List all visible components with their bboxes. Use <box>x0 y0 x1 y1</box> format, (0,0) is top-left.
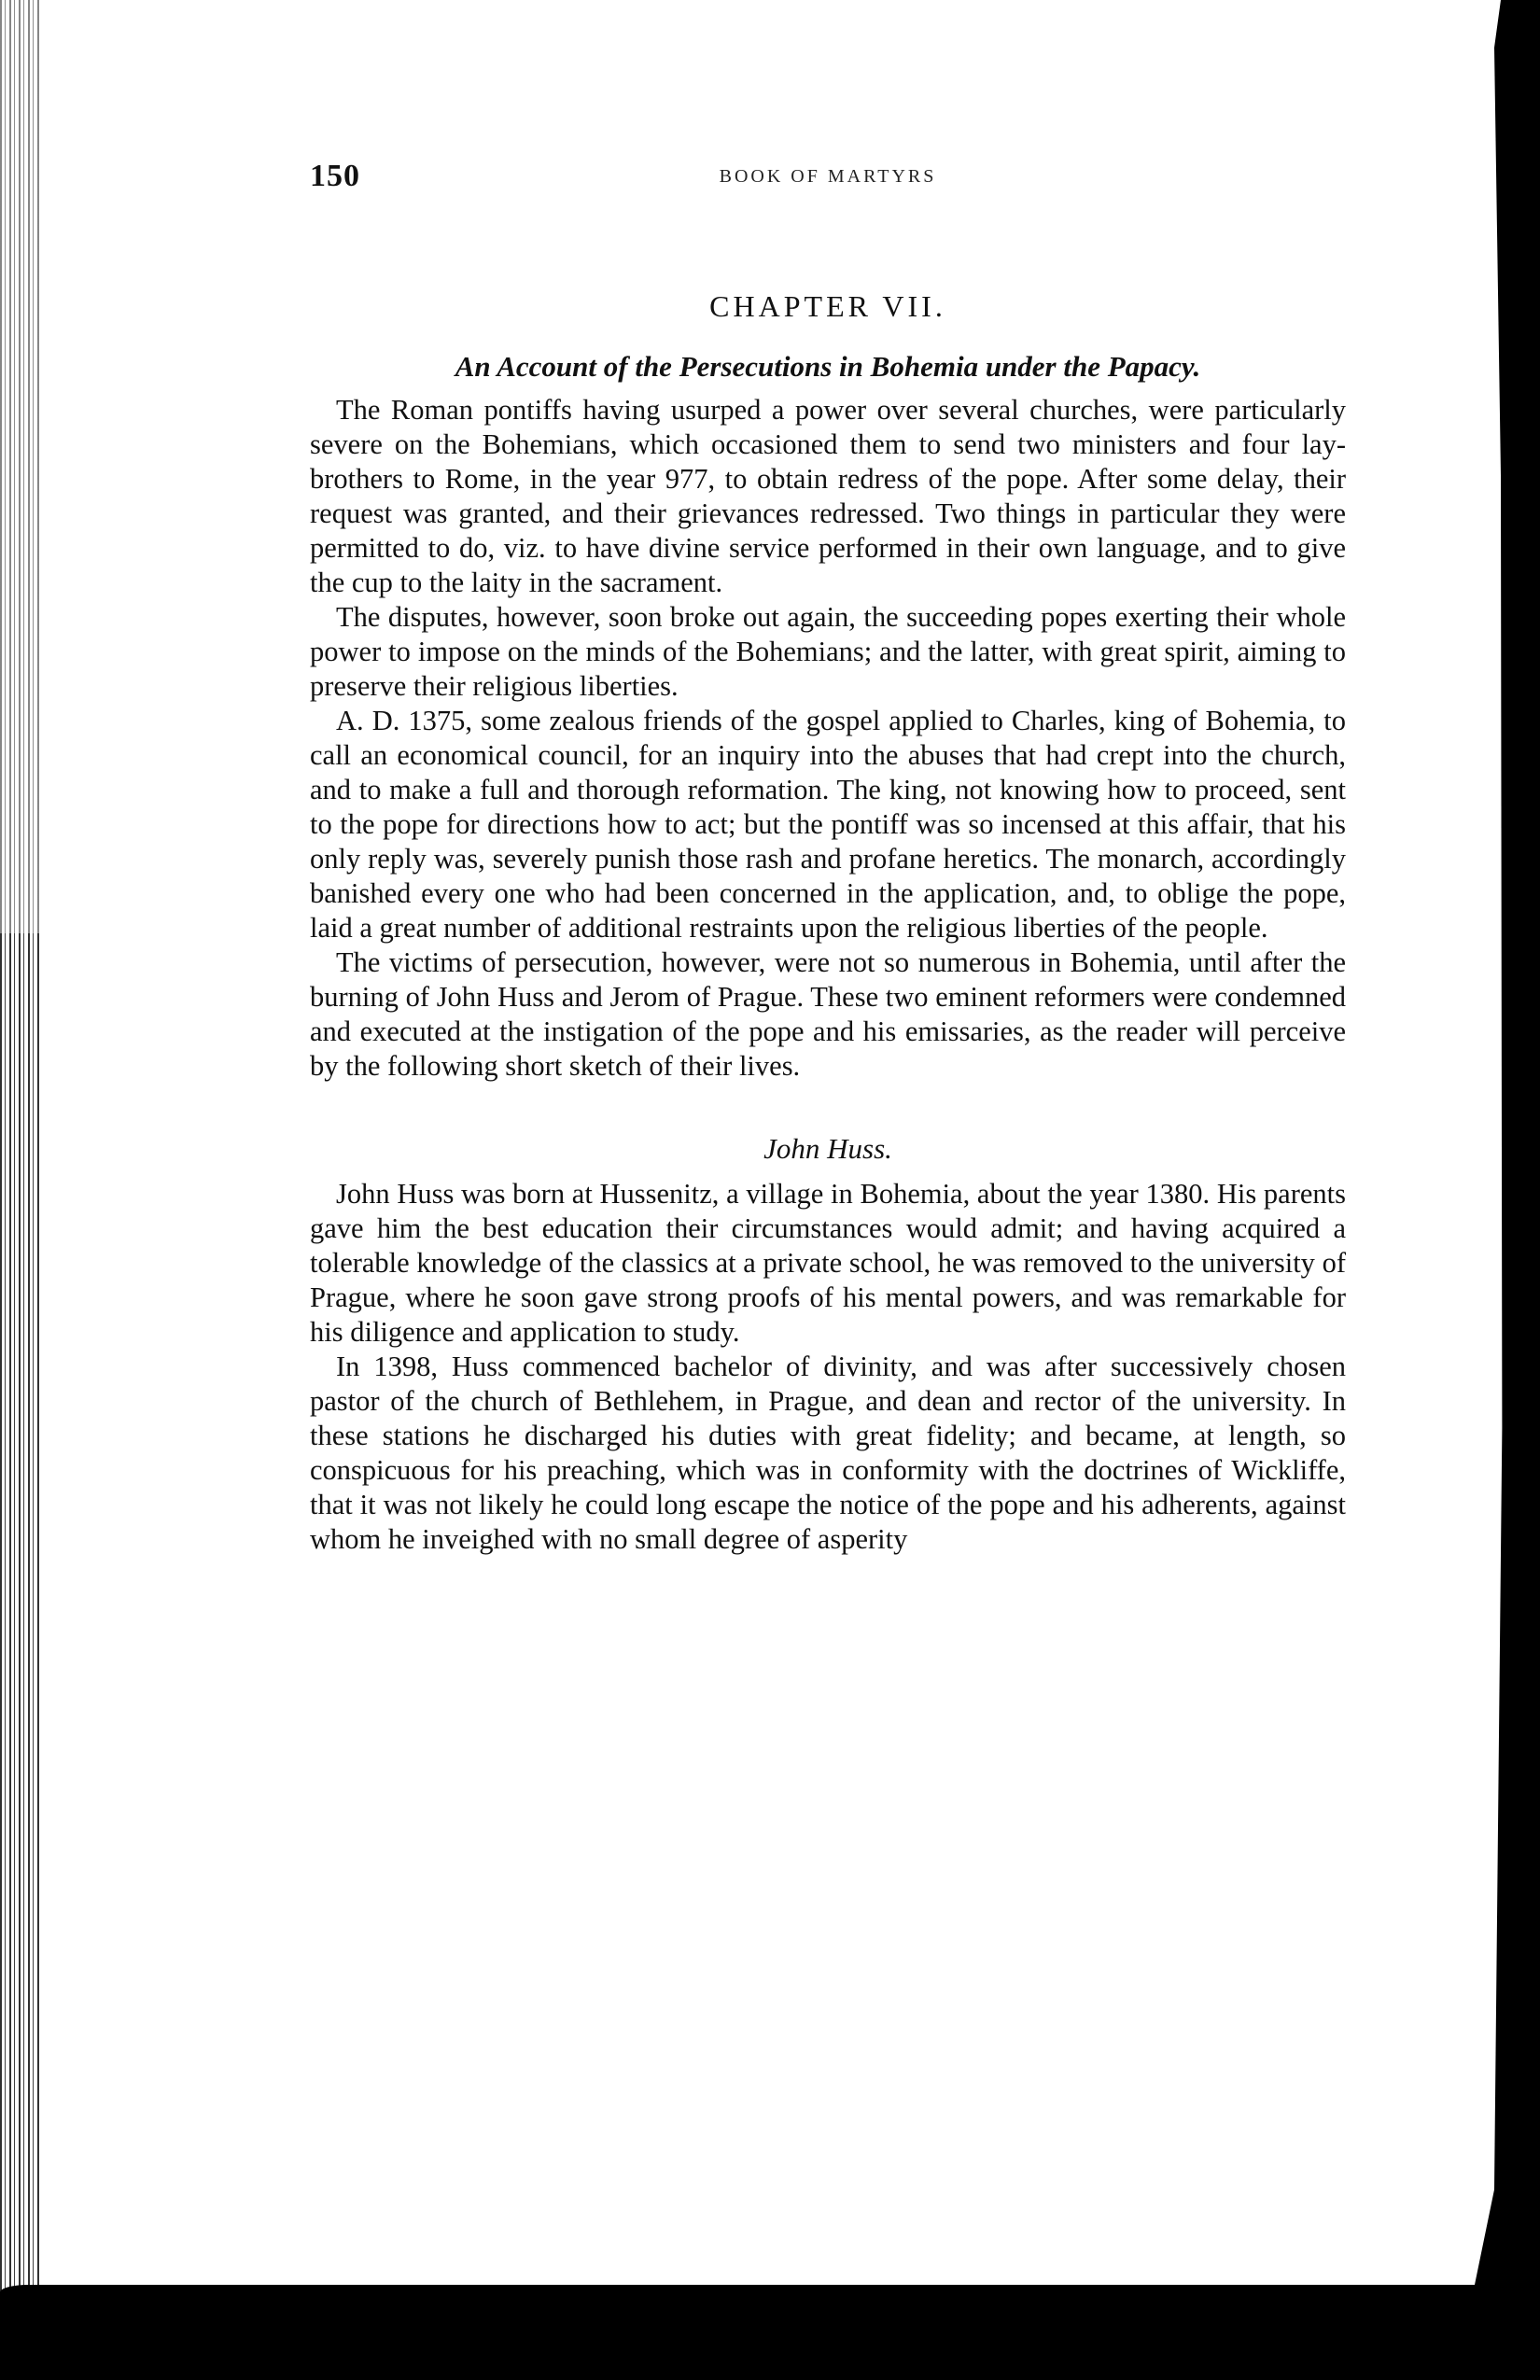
scan-right-border <box>1475 0 1540 2380</box>
paragraph: In 1398, Huss commenced bachelor of divi… <box>310 1350 1346 1557</box>
paragraph: A. D. 1375, some zealous friends of the … <box>310 704 1346 945</box>
book-page: 150 BOOK OF MARTYRS CHAPTER VII. An Acco… <box>310 149 1346 1557</box>
chapter-title: CHAPTER VII. <box>310 289 1346 324</box>
paragraph: The disputes, however, soon broke out ag… <box>310 600 1346 704</box>
running-head: 150 BOOK OF MARTYRS <box>310 149 1346 205</box>
scan-bottom-border <box>0 2285 1540 2380</box>
paragraph: The victims of persecution, however, wer… <box>310 945 1346 1084</box>
section-title: An Account of the Persecutions in Bohemi… <box>310 350 1346 384</box>
running-title: BOOK OF MARTYRS <box>310 166 1346 188</box>
paragraph: John Huss was born at Hussenitz, a villa… <box>310 1177 1346 1350</box>
book-spine-edge-lower <box>0 933 41 2296</box>
subsection-title: John Huss. <box>310 1132 1346 1166</box>
paragraph: The Roman pontiffs having usurped a powe… <box>310 393 1346 600</box>
